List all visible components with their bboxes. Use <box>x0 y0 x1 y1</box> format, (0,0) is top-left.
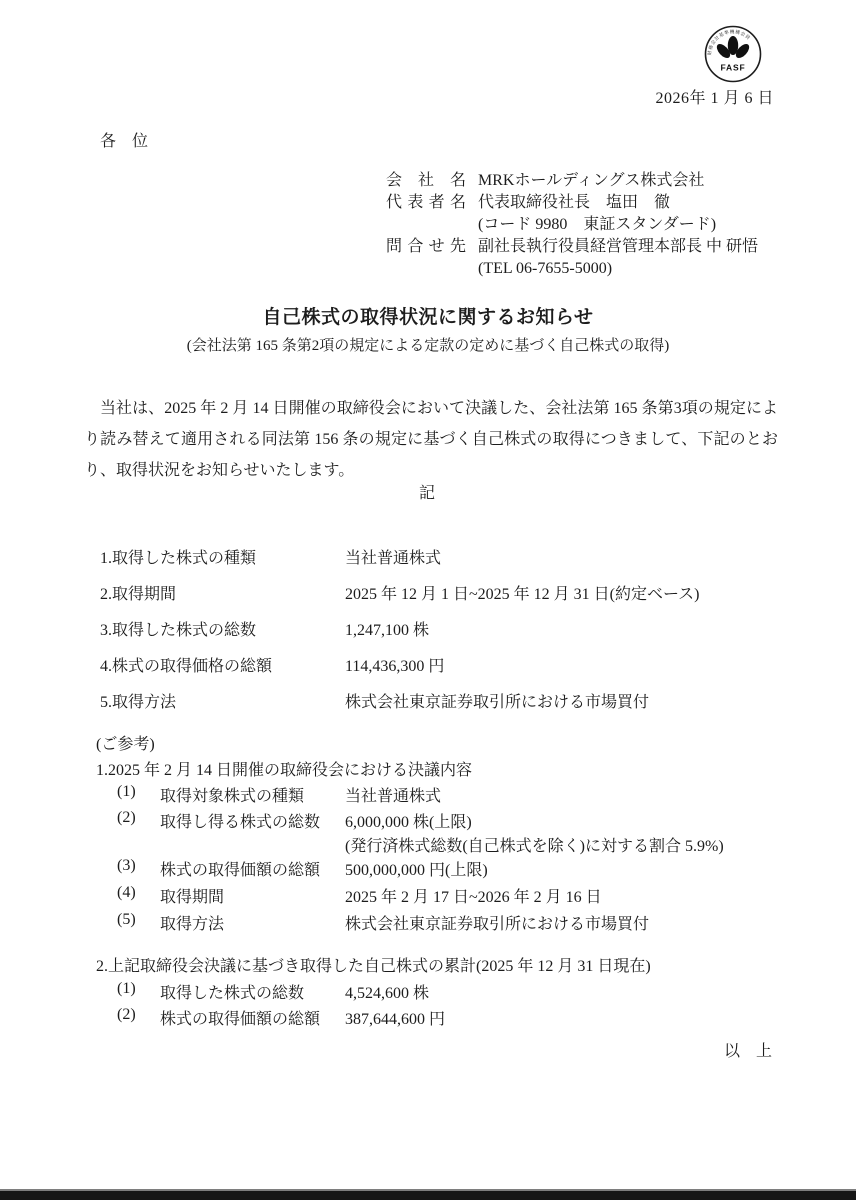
ref-item: (2)取得し得る株式の総数6,000,000 株(上限) <box>117 809 472 832</box>
fasf-label: FASF <box>721 63 746 73</box>
item-value: 株式会社東京証券取引所における市場買付 <box>345 694 649 711</box>
ref-item-value: 当社普通株式 <box>345 788 441 805</box>
ref-item-value: 4,524,600 株 <box>345 985 429 1002</box>
ref-item-num: (1) <box>117 783 160 801</box>
fasf-logo-graphic: 財務会計基準機構会員 FASF <box>703 24 763 84</box>
document-subtitle: (会社法第 165 条第2項の規定による定款の定めに基づく自己株式の取得) <box>0 334 856 355</box>
list-item: 3.取得した株式の総数1,247,100 株 <box>100 617 700 633</box>
representative-row: 代表者名代表取締役社長 塩田 徹 <box>386 192 758 214</box>
ref-item-num: (3) <box>117 857 160 875</box>
ref-item-label: 取得方法 <box>160 911 345 934</box>
ref-item-value: 500,000,000 円(上限) <box>345 862 488 879</box>
list-item: 4.株式の取得価格の総額114,436,300 円 <box>100 653 700 669</box>
list-item: 1.取得した株式の種類当社普通株式 <box>100 545 700 561</box>
company-name-label: 会社名 <box>386 170 466 192</box>
ref-item: (4)取得期間2025 年 2 月 17 日~2026 年 2 月 16 日 <box>117 884 602 907</box>
ref-item-label: 株式の取得価額の総額 <box>160 1006 345 1029</box>
ref-item-label: 取得した株式の総数 <box>160 980 345 1003</box>
reference-section1-title: 1.2025 年 2 月 14 日開催の取締役会における決議内容 <box>96 757 472 780</box>
ref-item-value: 2025 年 2 月 17 日~2026 年 2 月 16 日 <box>345 889 602 906</box>
ki-marker: 記 <box>0 480 856 503</box>
list-item: 5.取得方法株式会社東京証券取引所における市場買付 <box>100 689 700 705</box>
ref-item-label: 取得対象株式の種類 <box>160 783 345 806</box>
fasf-logo: 財務会計基準機構会員 FASF <box>703 24 763 84</box>
ref-item: (1)取得した株式の総数4,524,600 株 <box>117 980 429 1003</box>
ref-item-num: (5) <box>117 911 160 929</box>
item-value: 1,247,100 株 <box>345 622 429 639</box>
contact-value: 副社長執行役員経営管理本部長 中 研悟 <box>478 238 758 255</box>
item-value: 114,436,300 円 <box>345 658 444 675</box>
ref-item-note: (発行済株式総数(自己株式を除く)に対する割合 5.9%) <box>345 833 724 856</box>
company-name-value: MRKホールディングス株式会社 <box>478 172 704 189</box>
body-paragraph: 当社は、2025 年 2 月 14 日開催の取締役会において決議した、会社法第 … <box>84 393 778 486</box>
ref-item-label: 取得期間 <box>160 884 345 907</box>
closing-marker: 以 上 <box>724 1038 772 1061</box>
ref-item-value: 387,644,600 円 <box>345 1011 445 1028</box>
ref-item: (3)株式の取得価額の総額500,000,000 円(上限) <box>117 857 488 880</box>
item-label: 4.株式の取得価格の総額 <box>100 653 345 676</box>
item-label: 1.取得した株式の種類 <box>100 545 345 568</box>
document-date: 2026年 1 月 6 日 <box>655 85 774 108</box>
item-value: 2025 年 12 月 1 日~2025 年 12 月 31 日(約定ベース) <box>345 586 700 603</box>
document-page: 財務会計基準機構会員 FASF 2026年 1 月 6 日 各 位 会社名MRK… <box>0 0 856 1200</box>
contact-row: 問合せ先副社長執行役員経営管理本部長 中 研悟 <box>386 236 758 258</box>
ref-item-num: (2) <box>117 809 160 827</box>
ref-item: (5)取得方法株式会社東京証券取引所における市場買付 <box>117 911 649 934</box>
phone-value: (TEL 06-7655-5000) <box>478 260 612 277</box>
ref-item-label: 取得し得る株式の総数 <box>160 809 345 832</box>
ref-item-num: (4) <box>117 884 160 902</box>
list-item: 2.取得期間2025 年 12 月 1 日~2025 年 12 月 31 日(約… <box>100 581 700 597</box>
phone-row: (TEL 06-7655-5000) <box>386 258 758 280</box>
company-info-block: 会社名MRKホールディングス株式会社 代表者名代表取締役社長 塩田 徹 (コード… <box>386 170 758 280</box>
representative-value: 代表取締役社長 塩田 徹 <box>478 194 670 211</box>
ref-item-num: (1) <box>117 980 160 998</box>
company-name-row: 会社名MRKホールディングス株式会社 <box>386 170 758 192</box>
ref-item-label: 株式の取得価額の総額 <box>160 857 345 880</box>
reference-heading: (ご参考) <box>96 731 155 754</box>
item-label: 2.取得期間 <box>100 581 345 604</box>
main-list: 1.取得した株式の種類当社普通株式 2.取得期間2025 年 12 月 1 日~… <box>100 545 700 725</box>
ref-item-value: 株式会社東京証券取引所における市場買付 <box>345 916 649 933</box>
ref-item: (1)取得対象株式の種類当社普通株式 <box>117 783 441 806</box>
representative-label: 代表者名 <box>386 192 466 214</box>
reference-section2-title: 2.上記取締役会決議に基づき取得した自己株式の累計(2025 年 12 月 31… <box>96 953 651 976</box>
ref-item-value: 6,000,000 株(上限) <box>345 814 472 831</box>
stock-code-value: (コード 9980 東証スタンダード) <box>478 216 716 233</box>
fasf-leaves-icon <box>714 36 751 60</box>
contact-label: 問合せ先 <box>386 236 466 258</box>
item-label: 3.取得した株式の総数 <box>100 617 345 640</box>
ref-item: (2)株式の取得価額の総額387,644,600 円 <box>117 1006 445 1029</box>
ref-item-num: (2) <box>117 1006 160 1024</box>
stock-code-row: (コード 9980 東証スタンダード) <box>386 214 758 236</box>
recipient: 各 位 <box>100 128 148 151</box>
scan-edge-bar <box>0 1189 856 1200</box>
item-value: 当社普通株式 <box>345 550 441 567</box>
item-label: 5.取得方法 <box>100 689 345 712</box>
document-title: 自己株式の取得状況に関するお知らせ <box>0 302 856 329</box>
